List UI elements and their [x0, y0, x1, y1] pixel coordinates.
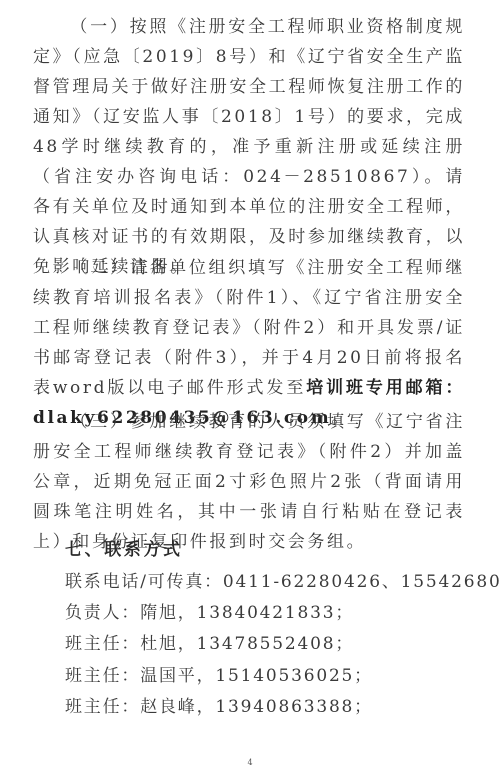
contact-class-teacher: 班主任：赵良峰，13940863388； [65, 692, 373, 722]
paragraph-continuing-education-requirement: （一）按照《注册安全工程师职业资格制度规定》（应急〔2019〕8号）和《辽宁省安… [33, 12, 465, 282]
contact-person-in-charge: 负责人：隋旭，13840421833； [65, 598, 354, 628]
contact-phone-fax: 联系电话/可传真：0411-62280426、15542680897 [65, 567, 500, 597]
paragraph-registration-forms: （二）请各单位组织填写《注册安全工程师继续教育培训报名表》（附件1）、《辽宁省注… [33, 253, 465, 433]
contact-class-teacher: 班主任：杜旭，13478552408； [65, 629, 354, 659]
paragraph-text: （二）请各单位组织填写《注册安全工程师继续教育培训报名表》（附件1）、《辽宁省注… [33, 258, 465, 398]
document-page: （一）按照《注册安全工程师职业资格制度规定》（应急〔2019〕8号）和《辽宁省安… [0, 0, 500, 784]
page-number: 4 [0, 758, 500, 767]
contact-class-teacher: 班主任：温国平，15140536025； [65, 661, 373, 691]
contact-section-heading: 七、联系方式 [65, 535, 183, 565]
